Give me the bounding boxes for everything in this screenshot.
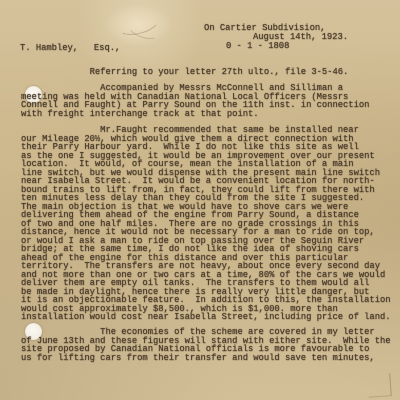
paragraph-economies: The economies of the scheme are covered …	[21, 328, 391, 362]
header-file-number: 0 - 1 - 1808	[226, 42, 289, 51]
corner-pencil-mark	[367, 373, 392, 398]
reference-line: Referring to your letter 27th ulto., fil…	[21, 68, 348, 77]
paragraph-meeting: Accompanied by Messrs McConnell and Sill…	[21, 84, 369, 118]
paragraph-recommendation: Mr.Faught recommended that same be insta…	[21, 126, 391, 322]
addressee-line: T. Hambley, Esq.,	[20, 44, 120, 53]
letter-page: On Cartier Subdivision, August 14th, 192…	[0, 0, 400, 400]
